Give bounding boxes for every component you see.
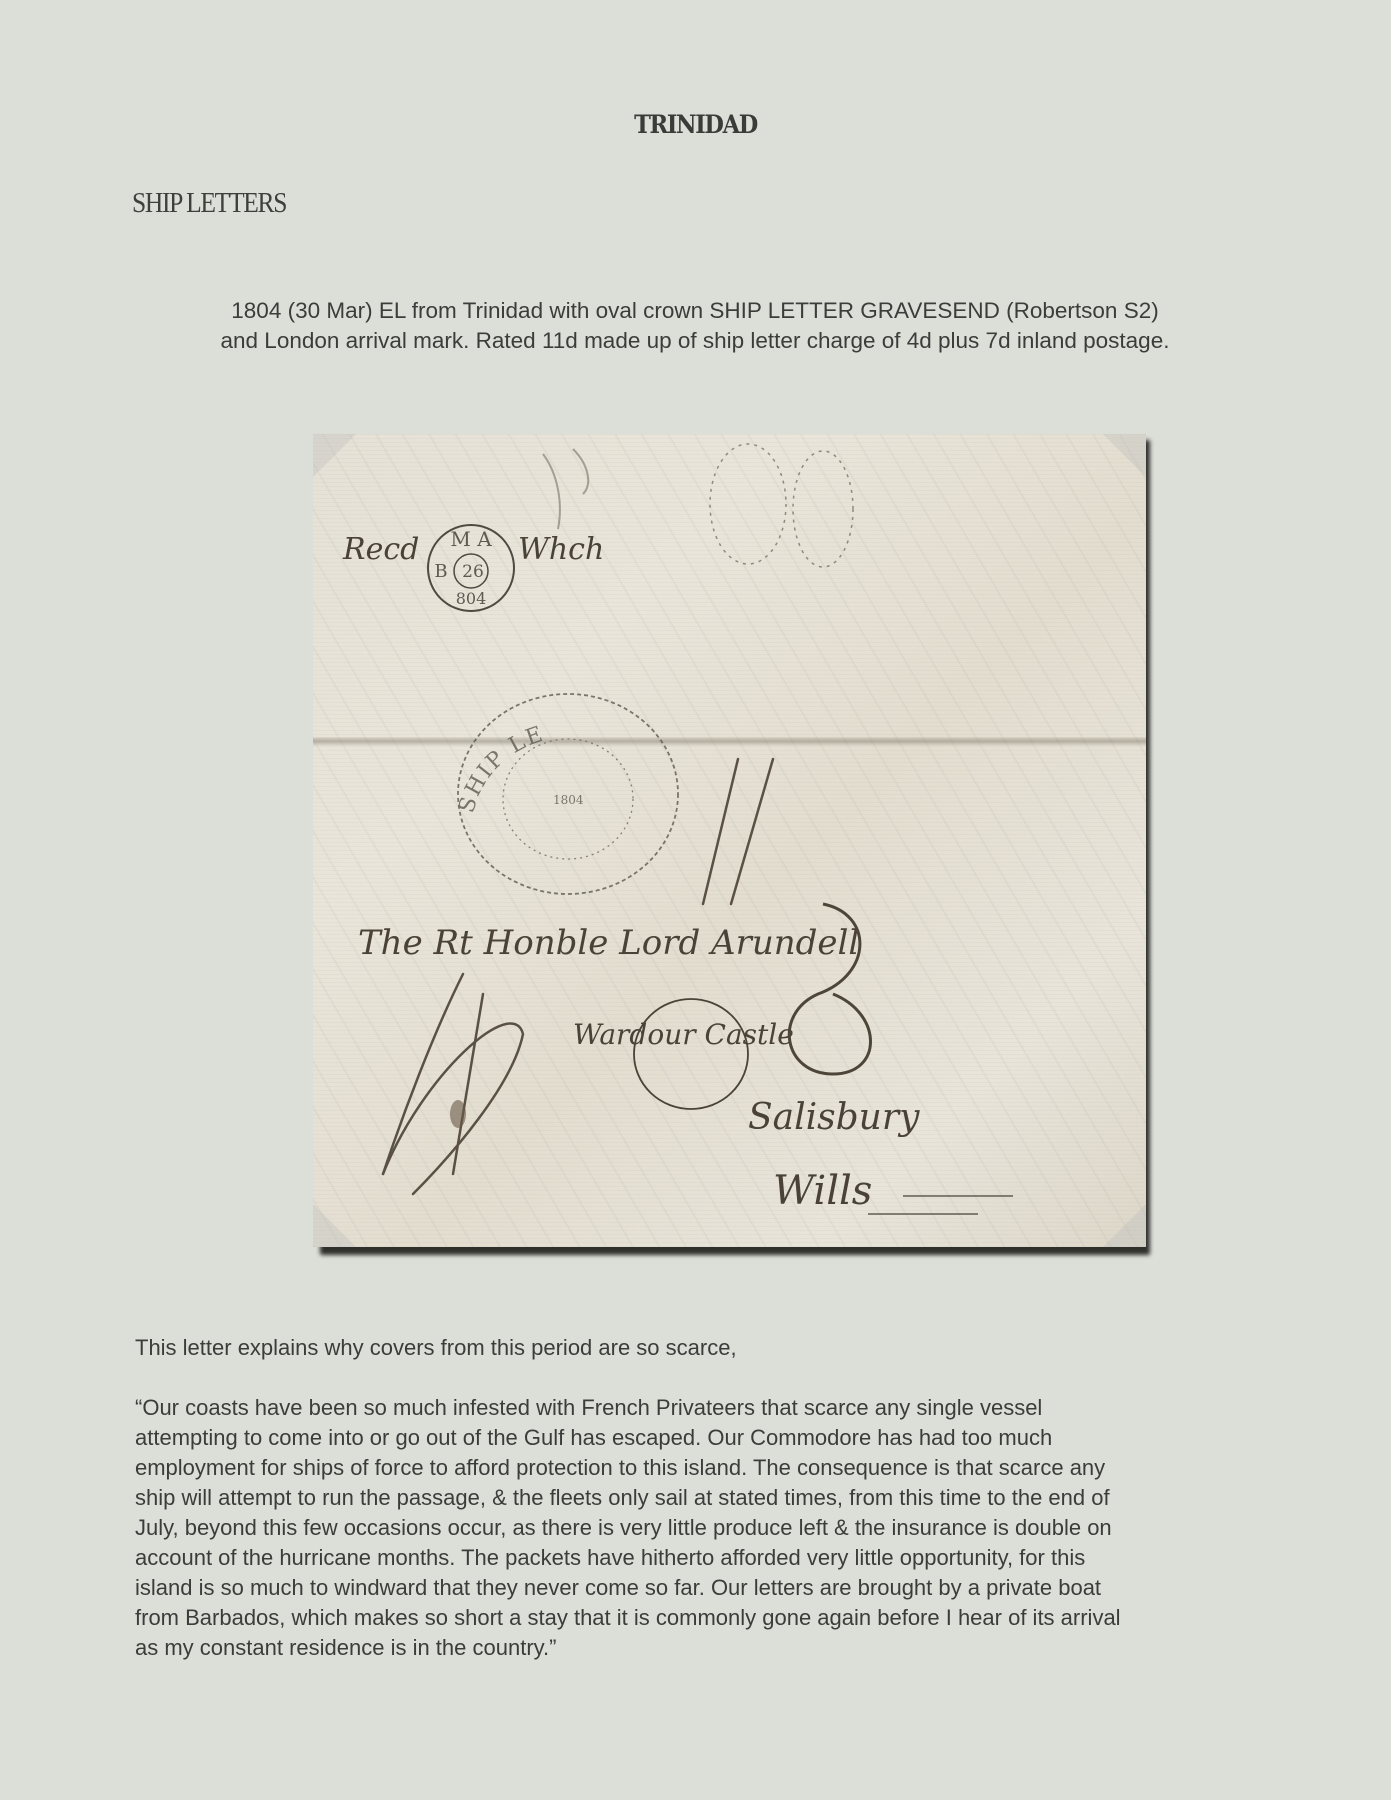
quote-line: attempting to come into or go out of the… xyxy=(135,1423,1121,1453)
svg-text:B: B xyxy=(434,561,447,582)
wardour-castle-circle xyxy=(634,999,748,1109)
intro-text: This letter explains why covers from thi… xyxy=(135,1335,737,1361)
entire-letter-cover: Recd Whch M A B 26 804 SHIP LE 1804 T xyxy=(313,434,1146,1247)
address-line: Wills xyxy=(773,1168,872,1214)
quote-line: employment for ships of force to afford … xyxy=(135,1453,1121,1483)
quote-line: island is so much to windward that they … xyxy=(135,1573,1121,1603)
quote-line: July, beyond this few occasions occur, a… xyxy=(135,1513,1121,1543)
london-datestamp: M A B 26 804 xyxy=(428,525,514,611)
svg-text:804: 804 xyxy=(456,589,487,608)
docket-text-tail: Whch xyxy=(518,532,604,567)
manuscript-marks xyxy=(383,974,523,1194)
docket-text: Recd xyxy=(342,532,419,567)
quote-line: from Barbados, which makes so short a st… xyxy=(135,1603,1121,1633)
cover-description: 1804 (30 Mar) EL from Trinidad with oval… xyxy=(100,296,1290,356)
svg-text:M A: M A xyxy=(450,527,492,551)
quote-line: as my constant residence is in the count… xyxy=(135,1633,1121,1663)
quote-line: ship will attempt to run the passage, & … xyxy=(135,1483,1121,1513)
svg-text:SHIP LE: SHIP LE xyxy=(454,722,547,816)
address-line: Wardour Castle xyxy=(573,1018,794,1051)
caption-line: 1804 (30 Mar) EL from Trinidad with oval… xyxy=(100,296,1290,326)
caption-line: and London arrival mark. Rated 11d made … xyxy=(100,326,1290,356)
address-line: The Rt Honble Lord Arundell xyxy=(358,923,859,963)
page-title: TRINIDAD xyxy=(70,110,1322,139)
svg-text:1804: 1804 xyxy=(553,793,584,807)
quote-line: account of the hurricane months. The pac… xyxy=(135,1543,1121,1573)
svg-text:26: 26 xyxy=(462,562,484,582)
ship-letter-gravesend-stamp: SHIP LE 1804 xyxy=(454,694,678,894)
cover-markings: Recd Whch M A B 26 804 SHIP LE 1804 T xyxy=(313,434,1146,1247)
quote-line: “Our coasts have been so much infested w… xyxy=(135,1393,1121,1423)
letter-quote: “Our coasts have been so much infested w… xyxy=(135,1393,1121,1663)
address-line: Salisbury xyxy=(748,1097,920,1138)
rate-marking-11 xyxy=(703,759,773,904)
section-heading: SHIP LETTERS xyxy=(132,187,286,220)
